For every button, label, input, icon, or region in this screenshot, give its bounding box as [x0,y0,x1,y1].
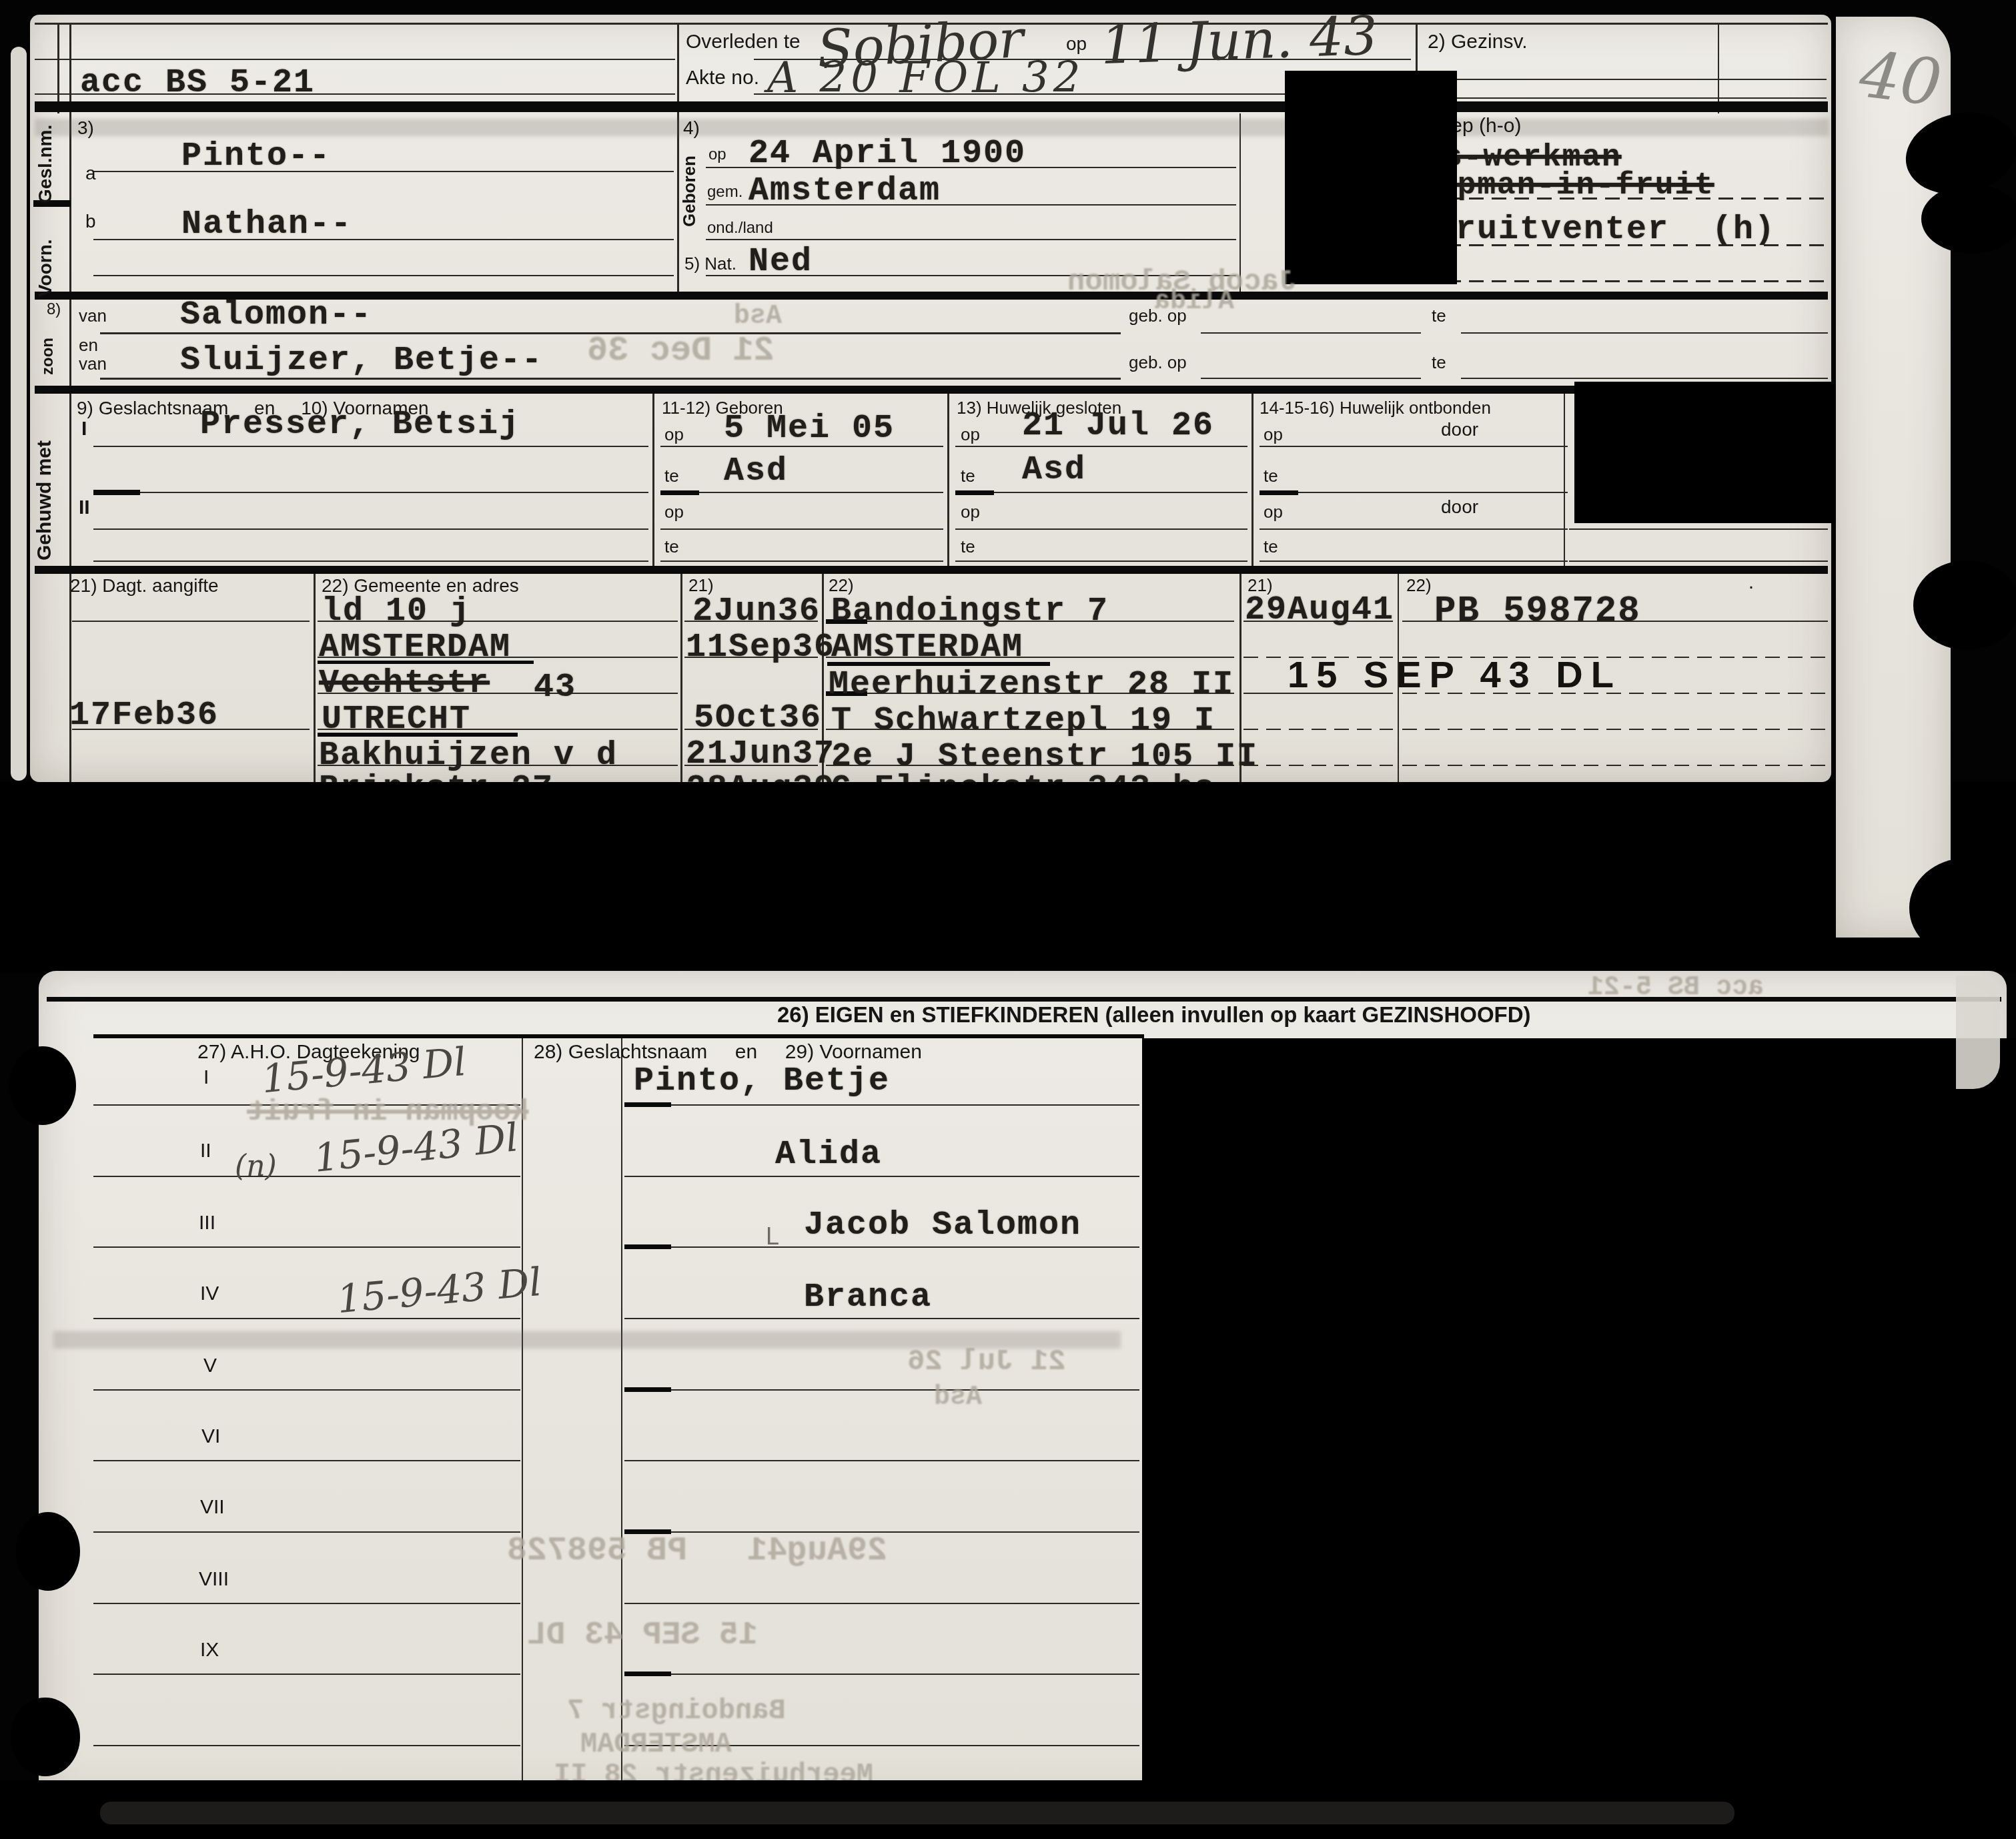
te-label-f: te [1264,536,1278,557]
card-corner-sliver [1956,976,2000,1089]
row-IX: IX [200,1639,219,1662]
address-entry-1: ld 10 j [322,593,471,631]
move-date-1: 2Jun36 [692,593,821,631]
move-address-3: Meerhuizenstr 28 II [829,666,1234,704]
handwritten-prefix-row2: (n) [235,1149,277,1183]
birth-date-value: 24 April 1900 [748,135,1026,173]
sub-b-label: b [85,211,96,232]
address-number-43: 43 [534,669,576,707]
op-label-a: op [664,424,684,445]
van-label-1: van [79,306,107,326]
firstname-value: Nathan-- [181,206,352,244]
redaction-box-b [1574,382,1836,523]
bleedthrough-stamp: 15 SEP 43 DL [527,1617,758,1653]
redaction-region-right [1142,1038,2016,1839]
move-date-4: 21Jun37 [686,735,835,773]
en-label: en [79,335,98,356]
akte-label: Akte no. [686,67,759,89]
child-3-name: Jacob Salomon [804,1206,1081,1244]
zoon-side-label: zoon [39,308,57,375]
marriage-date: 21 Jul 26 [1022,407,1214,445]
move-address-4: T Schwartzepl 19 I [831,702,1215,740]
nat-label: 5) Nat. [684,254,736,274]
row-III: III [199,1212,215,1234]
te-label-a: te [664,466,679,486]
pb-number: PB 598728 [1434,591,1641,632]
ink-dot: · [1748,575,1754,598]
row-VII: VII [200,1496,225,1519]
punch-hole-3 [1913,561,2016,650]
redaction-box-a [1285,71,1457,284]
c21a-header: 21) Dagt. aangifte [70,575,219,597]
bleedthrough-addr-1: Bandoingstr 7 [567,1695,786,1727]
bleedthrough-asd: Asd [734,302,782,332]
father-name: Salomon-- [180,296,372,334]
bleedthrough-marriage-date: 21 Jul 26 [907,1345,1066,1379]
ontbonden-col-header: 14-15-16) Huwelijk ontbonden [1259,398,1491,418]
punch-hole-4 [1909,858,2016,958]
move-date-3: 5Oct36 [694,699,822,737]
scan-streak [35,119,1829,136]
geslnm-side-label: Gesl.nm. [35,120,56,204]
te-label-c: te [961,466,975,486]
torn-bottom-edge [100,1802,1734,1824]
te-label-b: te [664,536,679,557]
door-label-1: door [1441,419,1478,440]
stray-mark-L: L [766,1222,779,1250]
redaction-band [0,782,2016,973]
nationality-value: Ned [748,243,813,281]
op-label-b: op [664,502,684,522]
te-label-2: te [1432,352,1446,373]
op-label: op [1066,33,1087,55]
c22c-header: 22) [1406,575,1432,596]
te-label-d: te [961,536,975,557]
row-VI: VI [201,1425,220,1448]
te-label-1: te [1432,306,1446,326]
gehuwd-side-label: Gehuwd met [33,414,56,561]
mother-name: Sluijzer, Betje-- [180,342,543,380]
row-VIII: VIII [199,1568,229,1591]
roman-two: II [79,496,90,519]
reference-code: acc BS 5-21 [80,64,315,102]
bleedthrough-date: 21 Dec 36 [587,331,775,370]
child-4-name: Branca [804,1278,932,1317]
voorn-side-label: Voorn. [35,214,56,297]
gezinsv-label: 2) Gezinsv. [1428,31,1528,53]
page-edge-sliver [11,47,27,781]
field3-number: 3) [77,117,94,139]
row-II: II [200,1140,211,1162]
spouse-birth-place: Asd [724,452,788,490]
op-label-f: op [1264,502,1283,522]
child-1-name: Pinto, Betje [634,1062,890,1100]
bleedthrough-addr-2: AMSTERDAM [580,1728,732,1760]
move-date-2: 11Sep36 [686,629,835,667]
bleedthrough-alida: Alida [1154,287,1234,317]
death-date-handwritten: 11 Jun. 43 [1100,5,1379,76]
spouse-name: Presser, Betsij [200,406,520,444]
row-V: V [203,1355,217,1377]
child-2-name: Alida [775,1136,882,1174]
col28-29-header: 28) Geslachtsnaam en 29) Voornamen [534,1041,922,1064]
punch-hole-5 [9,1046,76,1125]
surname-value: Pinto-- [181,137,331,175]
row-I: I [203,1066,209,1089]
beroep-value: fruitventer (h) [1434,211,1776,249]
op-label-e: op [1264,424,1283,445]
move-address-1: Bandoingstr 7 [831,593,1109,631]
punch-hole-2 [1921,184,2016,254]
overleden-label: Overleden te [686,31,801,53]
op-label-d: op [961,502,980,522]
bleedthrough-asd-2: Asd [934,1383,982,1413]
marriage-place: Asd [1022,451,1086,489]
op-label-c: op [961,424,980,445]
scanned-registration-card-page: acc BS 5-21 Overleden te Sobibor op 11 J… [0,0,2016,1839]
op-label-birth: op [708,145,726,164]
van-label-2: van [79,354,107,374]
te-label-e: te [1264,466,1278,486]
ondland-label: ond./land [707,219,773,238]
birth-place-value: Amsterdam [748,172,941,210]
address-struck-street: Vechtstr [319,665,490,703]
punch-hole-7 [11,1698,80,1776]
tab-number-pencil: 40 [1856,37,1946,121]
address-entry-5: Bakhuijzen v d [319,737,618,775]
aangifte-date: 17Feb36 [69,697,219,735]
deportation-stamp: 15 SEP 43 DL [1288,653,1622,696]
geboren-side-label: Geboren [679,133,700,227]
roman-one: I [81,418,87,440]
pb-date: 29Aug41 [1245,591,1394,629]
akte-value-handwritten: A 20 FOL 32 [767,53,1085,103]
punch-hole-6 [16,1512,80,1591]
gem-label: gem. [707,183,742,202]
sub-a-label: a [85,163,96,184]
spouse-birth-date: 5 Mei 05 [724,410,895,448]
children-section-header: 26) EIGEN en STIEFKINDEREN (alleen invul… [777,1002,1531,1028]
move-address-2: AMSTERDAM [831,629,1023,667]
geb-op-label-2: geb. op [1129,352,1187,373]
bleedthrough-pb: 29Aug41 PB 598728 [507,1532,887,1570]
row-IV: IV [200,1282,219,1305]
door-label-2: door [1441,496,1478,518]
